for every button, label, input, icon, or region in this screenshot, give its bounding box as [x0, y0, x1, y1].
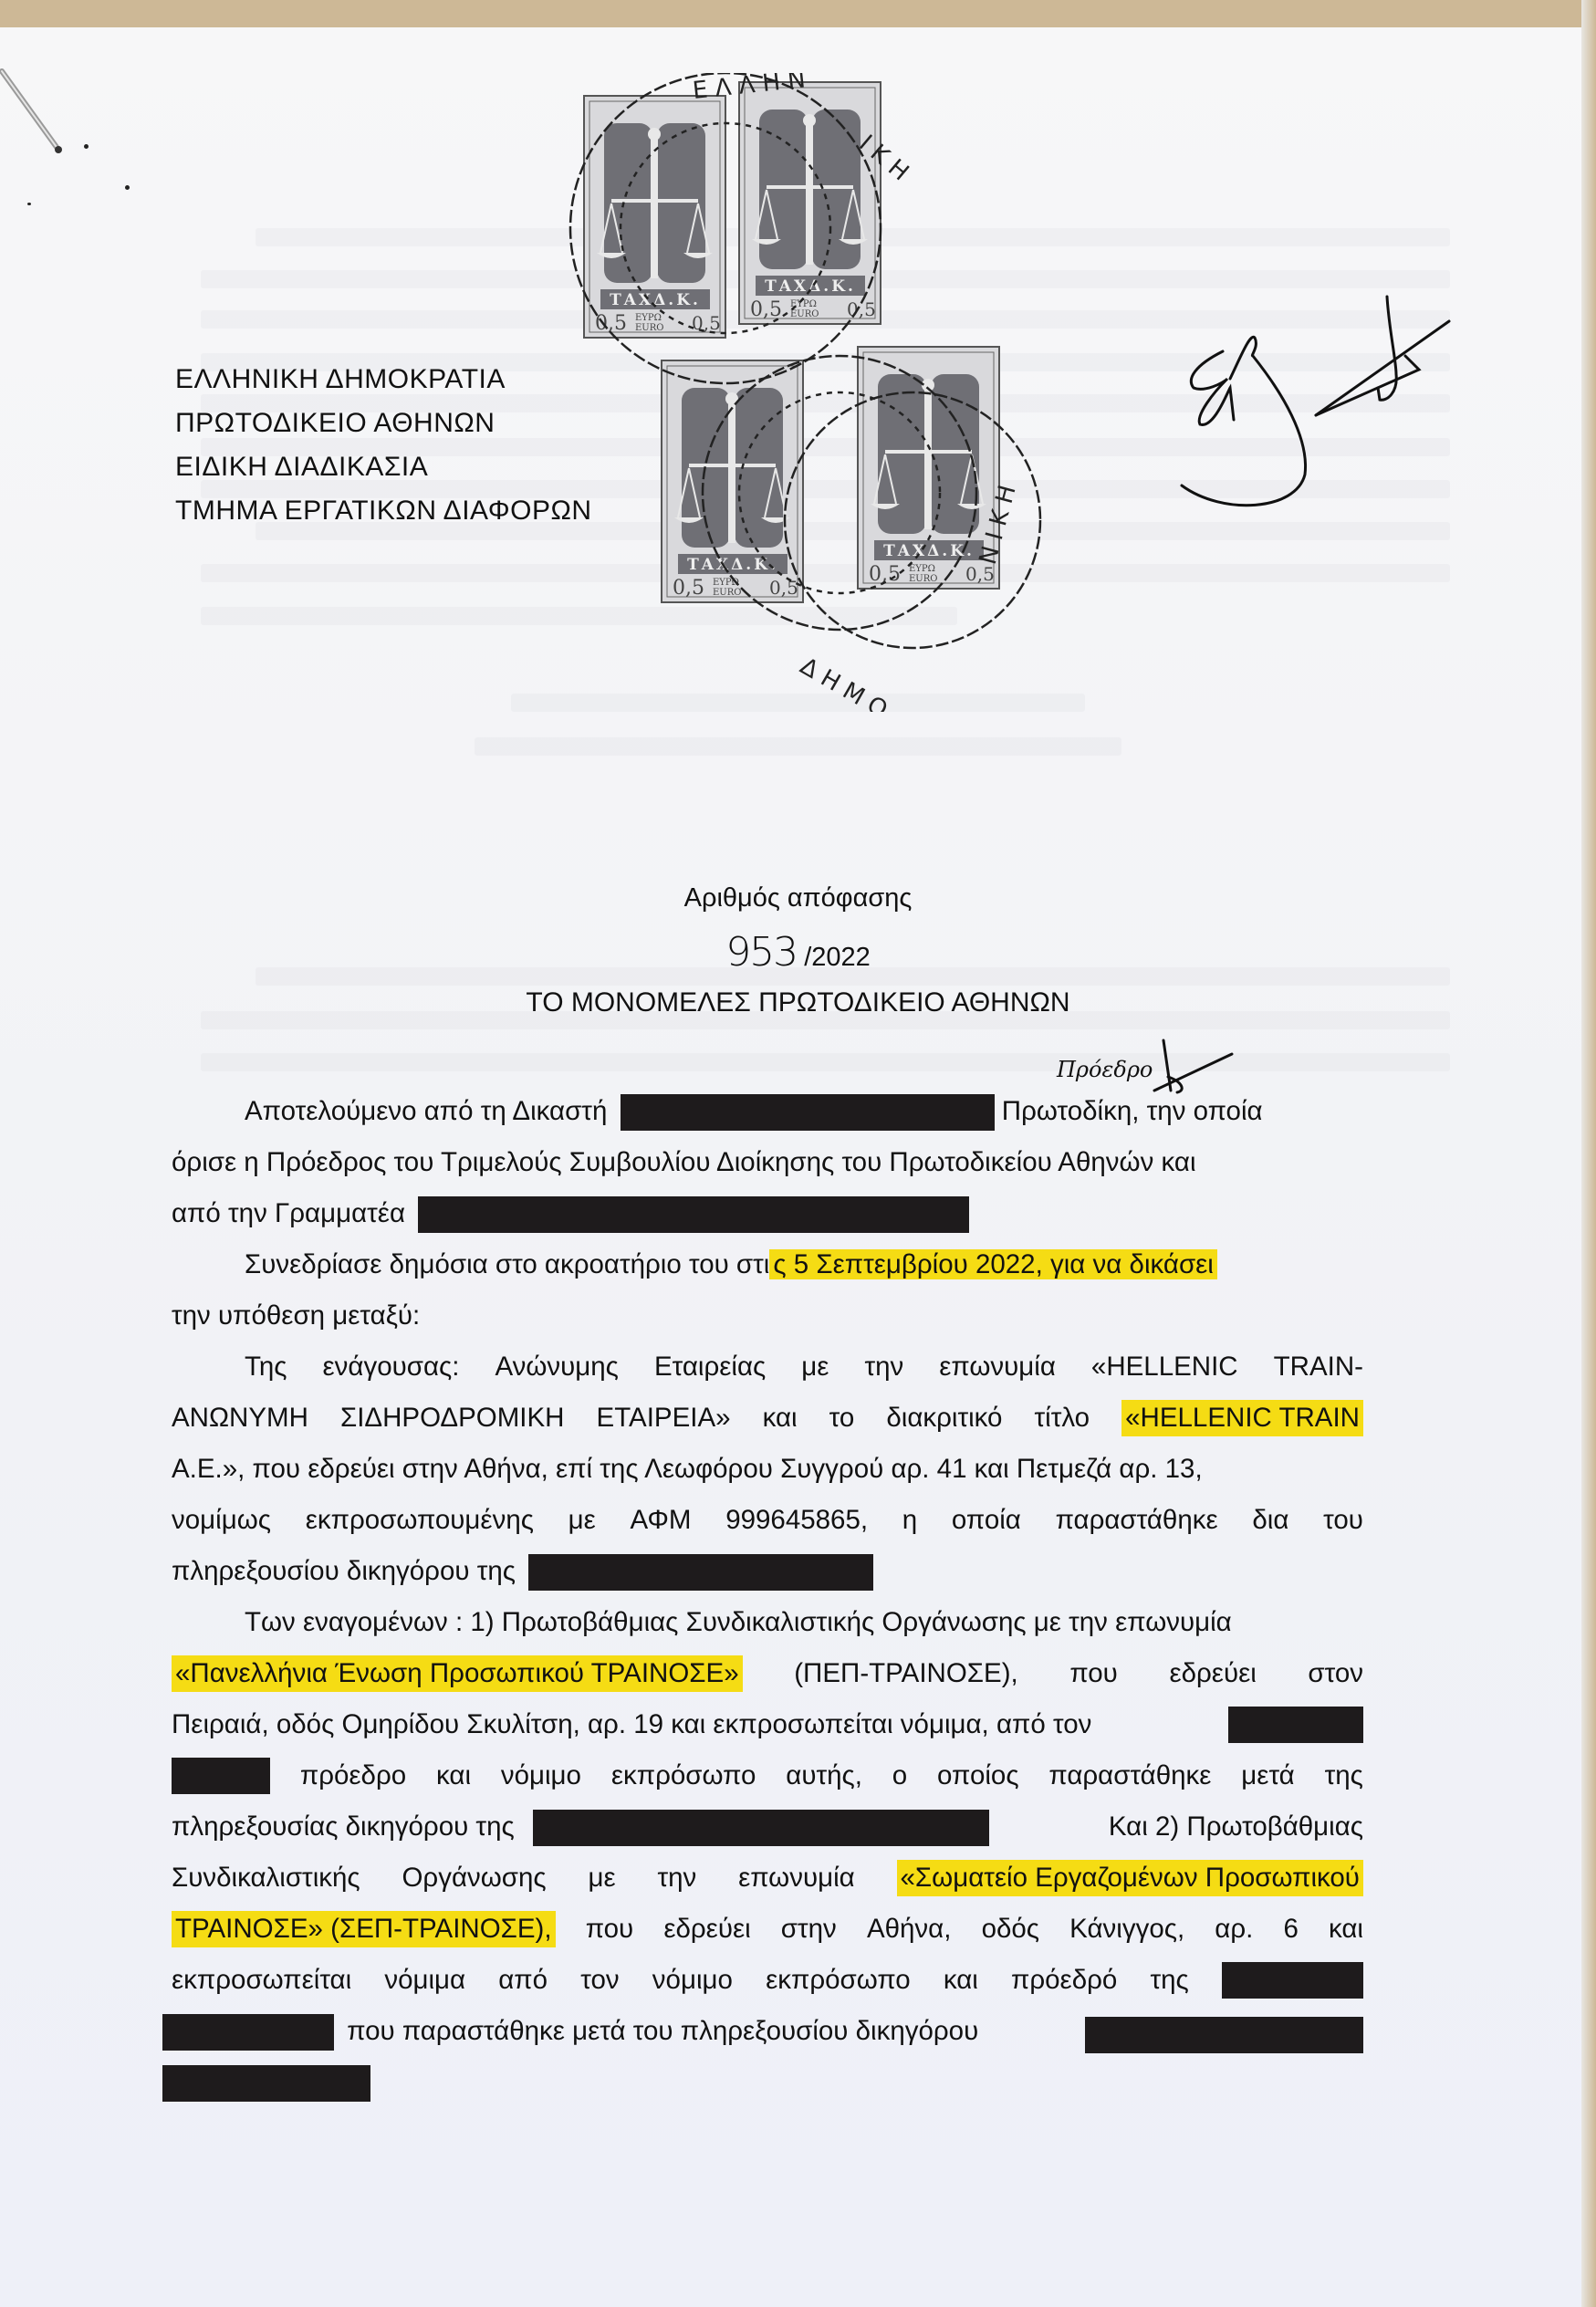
speck [84, 144, 89, 149]
word: ΣΙΔΗΡΟΔΡΟΜΙΚΗ [340, 1400, 565, 1436]
body-line: Συνεδρίασε δημόσια στο ακροατήριο του στ… [172, 1247, 1363, 1283]
word: εκπροσωπουμένης [306, 1502, 534, 1539]
body-line: «Πανελλήνια Ένωση Προσωπικού ΤΡΑΙΝΟΣΕ»(Π… [172, 1655, 1363, 1692]
body-line: την υπόθεση μεταξύ: [172, 1298, 1363, 1334]
word: νόμιμο [652, 1962, 733, 1999]
word: πρόεδρό [1011, 1962, 1117, 1999]
highlight-distinctive-title: «HELLENIC TRAIN [1121, 1400, 1363, 1436]
word: της [1325, 1758, 1363, 1794]
header-line: ΠΡΩΤΟΔΙΚΕΙΟ ΑΘΗΝΩΝ [175, 402, 592, 445]
word: Συνεδρίασε δημόσια στο ακροατήριο του στ… [245, 1249, 769, 1279]
word: ενάγουσας: [323, 1349, 460, 1385]
word: νόμιμο [501, 1758, 581, 1794]
word: Και 2) Πρωτοβάθμιας [1109, 1809, 1363, 1845]
court-title: ΤΟ ΜΟΝΟΜΕΛΕΣ ΠΡΩΤΟΔΙΚΕΙΟ ΑΘΗΝΩΝ [0, 987, 1596, 1018]
word: Εταιρείας [654, 1349, 766, 1385]
speck [27, 203, 31, 205]
word: και [763, 1400, 798, 1436]
word: τίτλο [1035, 1400, 1090, 1436]
handwritten-note: Πρόεδρο [1057, 1057, 1153, 1082]
word: 999645865, [725, 1502, 868, 1539]
word: εκπρόσωπο [766, 1962, 911, 1999]
word: της [1150, 1962, 1188, 1999]
word: οδός [982, 1911, 1039, 1947]
word: στην [781, 1911, 837, 1947]
word: δια [1252, 1502, 1288, 1539]
signature [1122, 292, 1469, 529]
body-line: από την Γραμματέα [172, 1195, 1363, 1232]
word: νόμιμα [384, 1962, 465, 1999]
word: από την Γραμματέα [172, 1198, 405, 1228]
word: εκπρόσωπο [611, 1758, 756, 1794]
word: ΕΤΑΙΡΕΙΑ» [597, 1400, 731, 1436]
word: εδρεύει [663, 1911, 750, 1947]
body-line: εκπροσωπείταινόμιμααπότοννόμιμοεκπρόσωπο… [172, 1962, 1363, 1999]
body-line: που παραστάθηκε μετά του πληρεξουσίου δι… [172, 2013, 1363, 2050]
redaction [162, 2014, 334, 2051]
header-line: ΕΙΔΙΚΗ ΔΙΑΔΙΚΑΣΙΑ [175, 445, 592, 489]
body-line: Αποτελούμενο από τη Δικαστή Πρωτοδίκη, τ… [172, 1093, 1363, 1130]
redaction [1228, 1707, 1363, 1743]
word: διακριτικό [886, 1400, 1002, 1436]
word: νομίμως [172, 1502, 271, 1539]
body-line: Α.Ε.», που εδρεύει στην Αθήνα, επί της Λ… [172, 1451, 1363, 1488]
word: παραστάθηκε [1048, 1758, 1211, 1794]
word: Συνδικαλιστικής [172, 1860, 360, 1896]
revenue-stamps-and-seals: ΤΑΧΔ.Κ. 0,5 ΕΥΡΩ EURO 0,5 Ε Λ Λ Η Ν Ι Κ … [566, 73, 1132, 712]
redaction [172, 1758, 270, 1794]
word: εκπροσωπείται [172, 1962, 351, 1999]
word: 6 [1283, 1911, 1298, 1947]
word: Οργάνωσης [402, 1860, 546, 1896]
header-line: ΕΛΛΗΝΙΚΗ ΔΗΜΟΚΡΑΤΙΑ [175, 358, 592, 402]
body-line: Των εναγομένων : 1) Πρωτοβάθμιας Συνδικα… [172, 1604, 1363, 1641]
word: που παραστάθηκε μετά του πληρεξουσίου δι… [347, 2016, 978, 2046]
body-line: Τηςενάγουσας: ΑνώνυμηςΕταιρείαςμετηνεπων… [172, 1349, 1363, 1385]
word: επωνυμία [939, 1349, 1056, 1385]
word: ΑΦΜ [631, 1502, 692, 1539]
redaction [1222, 1962, 1363, 1999]
word: πληρεξουσίας δικηγόρου της [172, 1811, 515, 1842]
revenue-stamp [739, 82, 881, 324]
word: «HELLENIC [1091, 1349, 1238, 1385]
word: Της [245, 1349, 287, 1385]
word: πληρεξουσίου δικηγόρου της [172, 1556, 516, 1586]
decision-number-handwritten: 953 [725, 929, 797, 976]
highlight-union-2-cont: ΤΡΑΙΝΟΣΕ» (ΣΕΠ-ΤΡΑΙΝΟΣΕ), [172, 1911, 556, 1947]
word: με [569, 1502, 596, 1539]
redaction [1085, 2017, 1363, 2053]
highlight-hearing-date: ς 5 Σεπτεμβρίου 2022, για να δικάσει [769, 1249, 1217, 1279]
word: οποίος [937, 1758, 1019, 1794]
word: το [829, 1400, 855, 1436]
word: Αθήνα, [867, 1911, 952, 1947]
body-line: πληρεξουσίας δικηγόρου της Και 2) Πρωτοβ… [172, 1809, 1363, 1845]
word: η [902, 1502, 917, 1539]
word: στον [1308, 1655, 1363, 1692]
redaction [533, 1810, 989, 1846]
word: με [801, 1349, 829, 1385]
word: αυτής, [786, 1758, 862, 1794]
word: και [436, 1758, 471, 1794]
word: Κάνιγγος, [1069, 1911, 1184, 1947]
word: Πρωτοδίκη, την οποία [1002, 1096, 1263, 1126]
body-line: νομίμωςεκπροσωπουμένηςμεΑΦΜ999645865,ηοπ… [172, 1502, 1363, 1539]
word: πρόεδρο [300, 1758, 406, 1794]
body-line: ΣυνδικαλιστικήςΟργάνωσηςμετηνεπωνυμία«Σω… [172, 1860, 1363, 1896]
word: οποία [952, 1502, 1021, 1539]
word: παραστάθηκε [1056, 1502, 1218, 1539]
court-header: ΕΛΛΗΝΙΚΗ ΔΗΜΟΚΡΑΤΙΑ ΠΡΩΤΟΔΙΚΕΙΟ ΑΘΗΝΩΝ Ε… [175, 358, 592, 533]
word: του [1323, 1502, 1363, 1539]
word: τον [580, 1962, 619, 1999]
word: μετά [1241, 1758, 1294, 1794]
svg-text:Δ Η Μ Ο: Δ Η Μ Ο [796, 652, 892, 712]
word: την [864, 1349, 903, 1385]
word: Αποτελούμενο από τη Δικαστή [245, 1096, 607, 1126]
highlight-union-1: «Πανελλήνια Ένωση Προσωπικού ΤΡΑΙΝΟΣΕ» [172, 1655, 743, 1692]
body-line: όρισε η Πρόεδρος του Τριμελούς Συμβουλίο… [172, 1144, 1363, 1181]
word: επωνυμία [738, 1860, 855, 1896]
word: ο [892, 1758, 907, 1794]
word: από [498, 1962, 548, 1999]
highlight-union-2: «Σωματείο Εργαζομένων Προσωπικού [897, 1860, 1363, 1896]
page-edge [1581, 0, 1596, 2307]
revenue-stamp [662, 360, 803, 602]
word: με [588, 1860, 615, 1896]
word: TRAIN- [1274, 1349, 1363, 1385]
body-line: πρόεδροκαινόμιμοεκπρόσωποαυτής,οοποίοςπα… [172, 1758, 1363, 1794]
body-line: Πειραιά, οδός Ομηρίδου Σκυλίτση, αρ. 19 … [172, 1707, 1363, 1743]
decision-year: /2022 [804, 943, 871, 972]
decision-label: Αριθμός απόφασης [0, 883, 1596, 913]
redaction [418, 1196, 969, 1233]
body-line: ΤΡΑΙΝΟΣΕ» (ΣΕΠ-ΤΡΑΙΝΟΣΕ),πουεδρεύειστηνΑ… [172, 1911, 1363, 1947]
word: Ανώνυμης [495, 1349, 618, 1385]
redaction [162, 2065, 370, 2102]
word: ΑΝΩΝΥΜΗ [172, 1400, 308, 1436]
word: και [944, 1962, 978, 1999]
word: που [1069, 1655, 1117, 1692]
body-line [172, 2064, 1363, 2101]
word: που [586, 1911, 633, 1947]
word: αρ. [1215, 1911, 1253, 1947]
word: και [1329, 1911, 1363, 1947]
word: εδρεύει [1169, 1655, 1256, 1692]
body-line: πληρεξουσίου δικηγόρου της [172, 1553, 1363, 1590]
revenue-stamp [584, 96, 725, 338]
redaction [528, 1554, 873, 1591]
word: Πειραιά, οδός Ομηρίδου Σκυλίτση, αρ. 19 … [172, 1709, 1091, 1739]
decision-number: 953 /2022 [0, 929, 1596, 976]
staple-icon [0, 66, 73, 157]
word: (ΠΕΠ-ΤΡΑΙΝΟΣΕ), [794, 1655, 1018, 1692]
word: την [657, 1860, 696, 1896]
header-line: ΤΜΗΜΑ ΕΡΓΑΤΙΚΩΝ ΔΙΑΦΟΡΩΝ [175, 489, 592, 533]
redaction [621, 1094, 995, 1131]
body-line: ΑΝΩΝΥΜΗΣΙΔΗΡΟΔΡΟΜΙΚΗΕΤΑΙΡΕΙΑ»καιτοδιακρι… [172, 1400, 1363, 1436]
speck [125, 185, 130, 190]
